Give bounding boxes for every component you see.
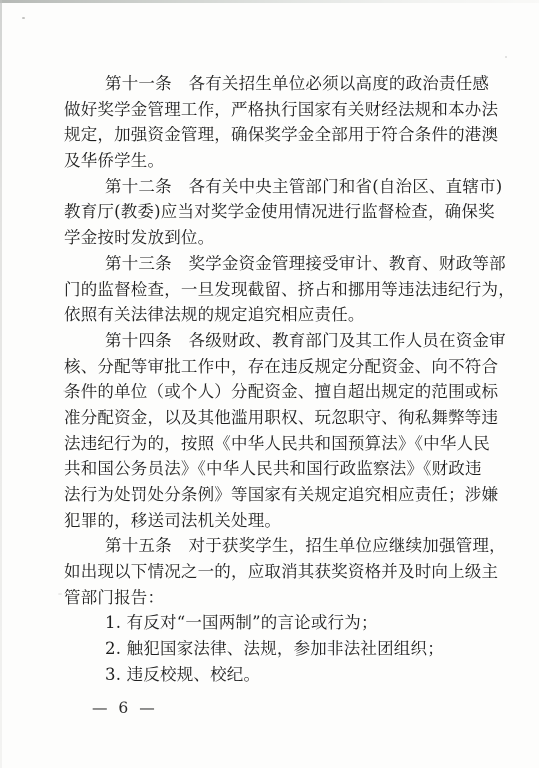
text-line: 犯罪的，移送司法机关处理。 [64,508,484,534]
text-line: 3. 违反校规、校纪。 [64,662,484,688]
text-line: 依照有关法律法规的规定追究相应责任。 [64,302,484,328]
article-11: 第十一条 各有关招生单位必须以高度的政治责任感做好奖学金管理工作，严格执行国家有… [64,71,484,174]
text-line: 教育厅(教委)应当对奖学金使用情况进行监督检查，确保奖 [64,199,484,225]
text-line: 门的监督检查，一旦发现截留、挤占和挪用等违法违纪行为， [64,277,484,303]
article-12: 第十二条 各有关中央主管部门和省(自治区、直辖市)教育厅(教委)应当对奖学金使用… [64,174,484,251]
text-line: 第十四条 各级财政、教育部门及其工作人员在资金审 [64,328,484,354]
list-item-3: 3. 违反校规、校纪。 [64,662,484,688]
text-line: 第十五条 对于获奖学生，招生单位应继续加强管理， [64,533,484,559]
text-line: 学金按时发放到位。 [64,225,484,251]
scanned-page: 第十一条 各有关招生单位必须以高度的政治责任感做好奖学金管理工作，严格执行国家有… [0,0,539,768]
text-line: 及华侨学生。 [64,148,484,174]
scan-speck [22,17,25,19]
text-line: 第十一条 各有关招生单位必须以高度的政治责任感 [64,71,484,97]
article-15: 第十五条 对于获奖学生，招生单位应继续加强管理，如出现以下情况之一的，应取消其获… [64,533,484,610]
document-body: 第十一条 各有关招生单位必须以高度的政治责任感做好奖学金管理工作，严格执行国家有… [64,71,484,688]
text-line: 规定，加强资金管理，确保奖学金全部用于符合条件的港澳 [64,122,484,148]
scan-edge-top [0,0,539,3]
article-13: 第十三条 奖学金资金管理接受审计、教育、财政等部门的监督检查，一旦发现截留、挤占… [64,251,484,328]
text-line: 1. 有反对“一国两制”的言论或行为； [64,610,484,636]
text-line: 2. 触犯国家法律、法规，参加非法社团组织； [64,636,484,662]
text-line: 法行为处罚处分条例》等国家有关规定追究相应责任；涉嫌 [64,482,484,508]
text-line: 管部门报告： [64,585,484,611]
scan-edge-left [0,0,2,768]
article-14: 第十四条 各级财政、教育部门及其工作人员在资金审核、分配等审批工作中，存在违反规… [64,328,484,534]
text-line: 核、分配等审批工作中，存在违反规定分配资金、向不符合 [64,354,484,380]
text-line: 第十三条 奖学金资金管理接受审计、教育、财政等部 [64,251,484,277]
scan-speck [505,56,507,58]
text-line: 第十二条 各有关中央主管部门和省(自治区、直辖市) [64,174,484,200]
list-item-1: 1. 有反对“一国两制”的言论或行为； [64,610,484,636]
text-line: 准分配资金，以及其他滥用职权、玩忽职守、徇私舞弊等违 [64,405,484,431]
text-line: 如出现以下情况之一的，应取消其获奖资格并及时向上级主 [64,559,484,585]
text-line: 共和国公务员法》《中华人民共和国行政监察法》《财政违 [64,456,484,482]
text-line: 做好奖学金管理工作，严格执行国家有关财经法规和本办法 [64,97,484,123]
list-item-2: 2. 触犯国家法律、法规，参加非法社团组织； [64,636,484,662]
page-number: — 6 — [92,699,158,717]
text-line: 法违纪行为的，按照《中华人民共和国预算法》《中华人民 [64,431,484,457]
scan-speck [58,593,62,595]
text-line: 条件的单位（或个人）分配资金、擅自超出规定的范围或标 [64,379,484,405]
